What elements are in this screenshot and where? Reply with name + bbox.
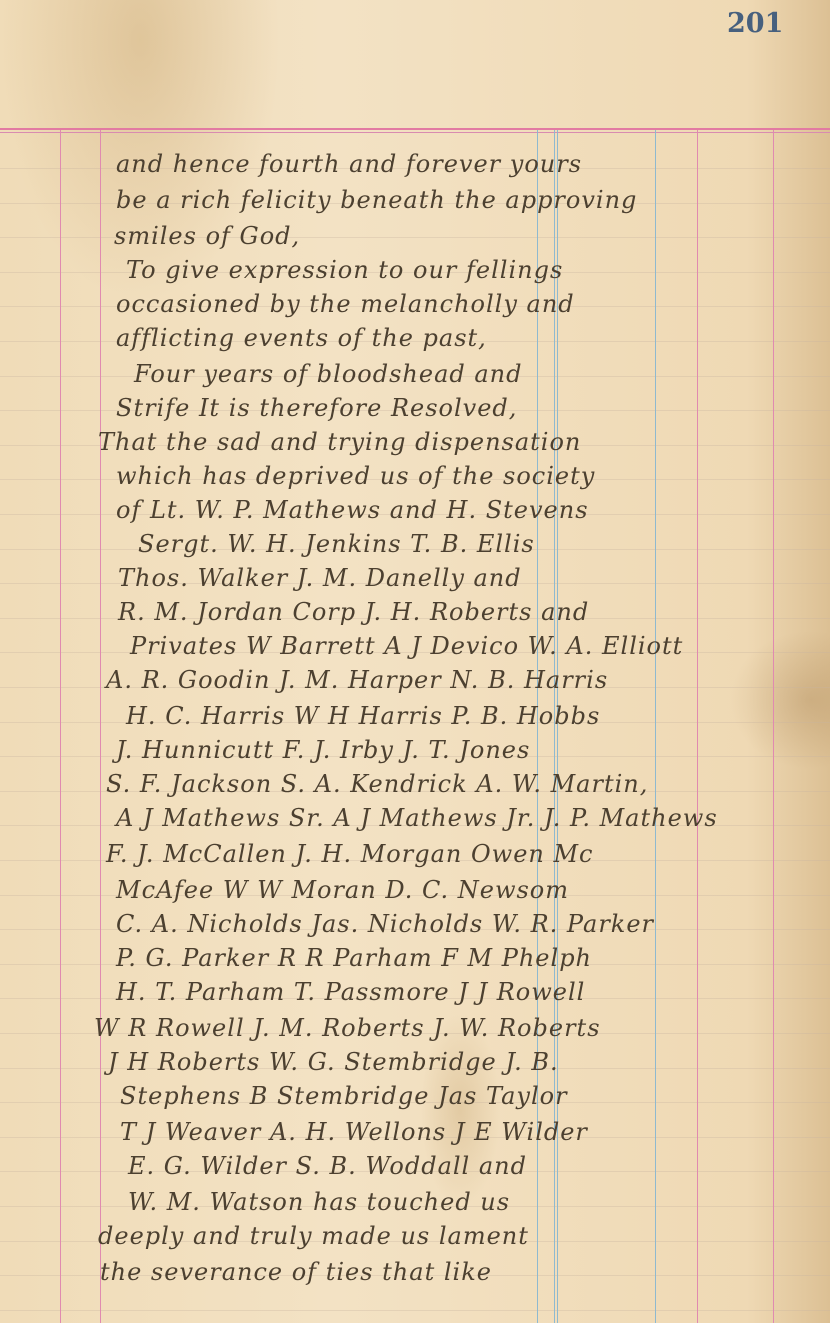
- text-line: deeply and truly made us lament: [98, 1222, 529, 1250]
- column-rule-pink-right-1: [697, 130, 698, 1323]
- text-line: That the sad and trying dispensation: [98, 428, 581, 456]
- text-line: F. J. McCallen J. H. Morgan Owen Mc: [106, 840, 594, 868]
- text-line: W. M. Watson has touched us: [128, 1188, 510, 1216]
- header-red-rule: [0, 128, 830, 130]
- text-line: smiles of God,: [114, 222, 300, 250]
- text-line: C. A. Nicholds Jas. Nicholds W. R. Parke…: [116, 910, 654, 938]
- column-rule-pink-right-2: [773, 130, 774, 1323]
- text-line: be a rich felicity beneath the approving: [116, 186, 637, 214]
- text-line: E. G. Wilder S. B. Woddall and: [128, 1152, 527, 1180]
- text-line: which has deprived us of the society: [116, 462, 595, 490]
- text-line: W R Rowell J. M. Roberts J. W. Roberts: [94, 1014, 601, 1042]
- text-line: H. C. Harris W H Harris P. B. Hobbs: [126, 702, 600, 730]
- text-line: Thos. Walker J. M. Danelly and: [118, 564, 522, 592]
- column-rule-blue-3: [655, 130, 656, 1323]
- text-line: Stephens B Stembridge Jas Taylor: [120, 1082, 568, 1110]
- text-line: S. F. Jackson S. A. Kendrick A. W. Marti…: [106, 770, 648, 798]
- text-line: R. M. Jordan Corp J. H. Roberts and: [118, 598, 589, 626]
- text-line: A J Mathews Sr. A J Mathews Jr. J. P. Ma…: [116, 804, 718, 832]
- text-line: Sergt. W. H. Jenkins T. B. Ellis: [138, 530, 535, 558]
- margin-rule-left-outer: [60, 130, 61, 1323]
- text-line: To give expression to our fellings: [126, 256, 563, 284]
- text-line: J. Hunnicutt F. J. Irby J. T. Jones: [116, 736, 530, 764]
- margin-rule-left-inner: [100, 130, 101, 1323]
- header-red-rule-secondary: [0, 132, 830, 133]
- ruled-line: [0, 1310, 830, 1311]
- text-line: T J Weaver A. H. Wellons J E Wilder: [120, 1118, 588, 1146]
- text-line: occasioned by the melancholly and: [116, 290, 575, 318]
- text-line: A. R. Goodin J. M. Harper N. B. Harris: [106, 666, 608, 694]
- text-line: Privates W Barrett A J Devico W. A. Elli…: [130, 632, 683, 660]
- text-line: H. T. Parham T. Passmore J J Rowell: [116, 978, 585, 1006]
- page-number: 201: [727, 8, 783, 39]
- text-line: McAfee W W Moran D. C. Newsom: [116, 876, 569, 904]
- text-line: of Lt. W. P. Mathews and H. Stevens: [116, 496, 589, 524]
- text-line: Strife It is therefore Resolved,: [116, 394, 517, 422]
- text-line: and hence fourth and forever yours: [116, 150, 582, 178]
- text-line: P. G. Parker R R Parham F M Phelph: [116, 944, 592, 972]
- text-line: the severance of ties that like: [100, 1258, 492, 1286]
- text-line: Four years of bloodshead and: [134, 360, 523, 388]
- ledger-page: 201 and hence fourth and forever yours b…: [0, 0, 830, 1323]
- text-line: J H Roberts W. G. Stembridge J. B.: [108, 1048, 559, 1076]
- text-line: afflicting events of the past,: [116, 324, 487, 352]
